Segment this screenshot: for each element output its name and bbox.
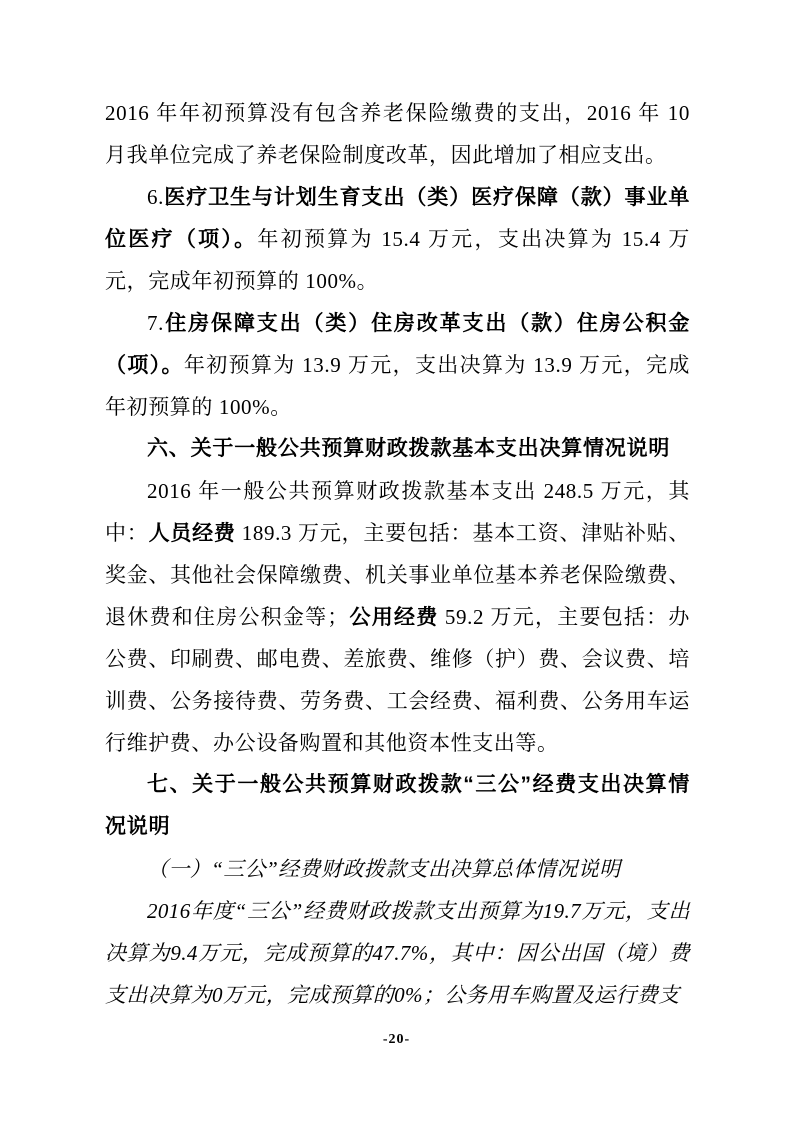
document-body: 2016 年年初预算没有包含养老保险缴费的支出，2016 年 10 月我单位完成… xyxy=(105,92,690,1016)
document-page: 2016 年年初预算没有包含养老保险缴费的支出，2016 年 10 月我单位完成… xyxy=(0,0,793,1122)
para-item-6-medical: 6.医疗卫生与计划生育支出（类）医疗保障（款）事业单位医疗（项）。年初预算为 1… xyxy=(105,176,690,302)
para-sangong-detail: 2016年度“三公”经费财政拨款支出预算为19.7万元，支出决算为9.4万元，完… xyxy=(105,890,690,1016)
para-pension-reform-note: 2016 年年初预算没有包含养老保险缴费的支出，2016 年 10 月我单位完成… xyxy=(105,92,690,176)
bold-text-run: 七、关于一般公共预算财政拨款“三公”经费支出决算情况说明 xyxy=(105,773,690,838)
text-run: 2016年度“三公”经费财政拨款支出预算为19.7万元，支出决算为9.4万元，完… xyxy=(105,899,690,1007)
bold-text-run: 公用经费 xyxy=(349,605,439,629)
bold-text-run: 人员经费 xyxy=(149,521,236,545)
bold-text-run: 六、关于一般公共预算财政拨款基本支出决算情况说明 xyxy=(147,437,670,460)
text-run: 年初预算为 13.9 万元，支出决算为 13.9 万元，完成年初预算的 100%… xyxy=(105,353,690,419)
para-basic-expenditure: 2016 年一般公共预算财政拨款基本支出 248.5 万元，其中：人员经费 18… xyxy=(105,470,690,764)
subheading-sangong-overview: （一）“三公”经费财政拨款支出决算总体情况说明 xyxy=(105,848,690,890)
text-run: （一）“三公”经费财政拨款支出决算总体情况说明 xyxy=(147,857,621,881)
para-item-7-housing: 7.住房保障支出（类）住房改革支出（款）住房公积金（项）。年初预算为 13.9 … xyxy=(105,302,690,428)
text-run: 6. xyxy=(147,185,164,209)
heading-section-7: 七、关于一般公共预算财政拨款“三公”经费支出决算情况说明 xyxy=(105,764,690,848)
text-run: 7. xyxy=(147,311,164,335)
text-run: 2016 年年初预算没有包含养老保险缴费的支出，2016 年 10 月我单位完成… xyxy=(105,101,696,167)
page-number: -20- xyxy=(0,1028,793,1052)
heading-section-6: 六、关于一般公共预算财政拨款基本支出决算情况说明 xyxy=(105,428,690,470)
